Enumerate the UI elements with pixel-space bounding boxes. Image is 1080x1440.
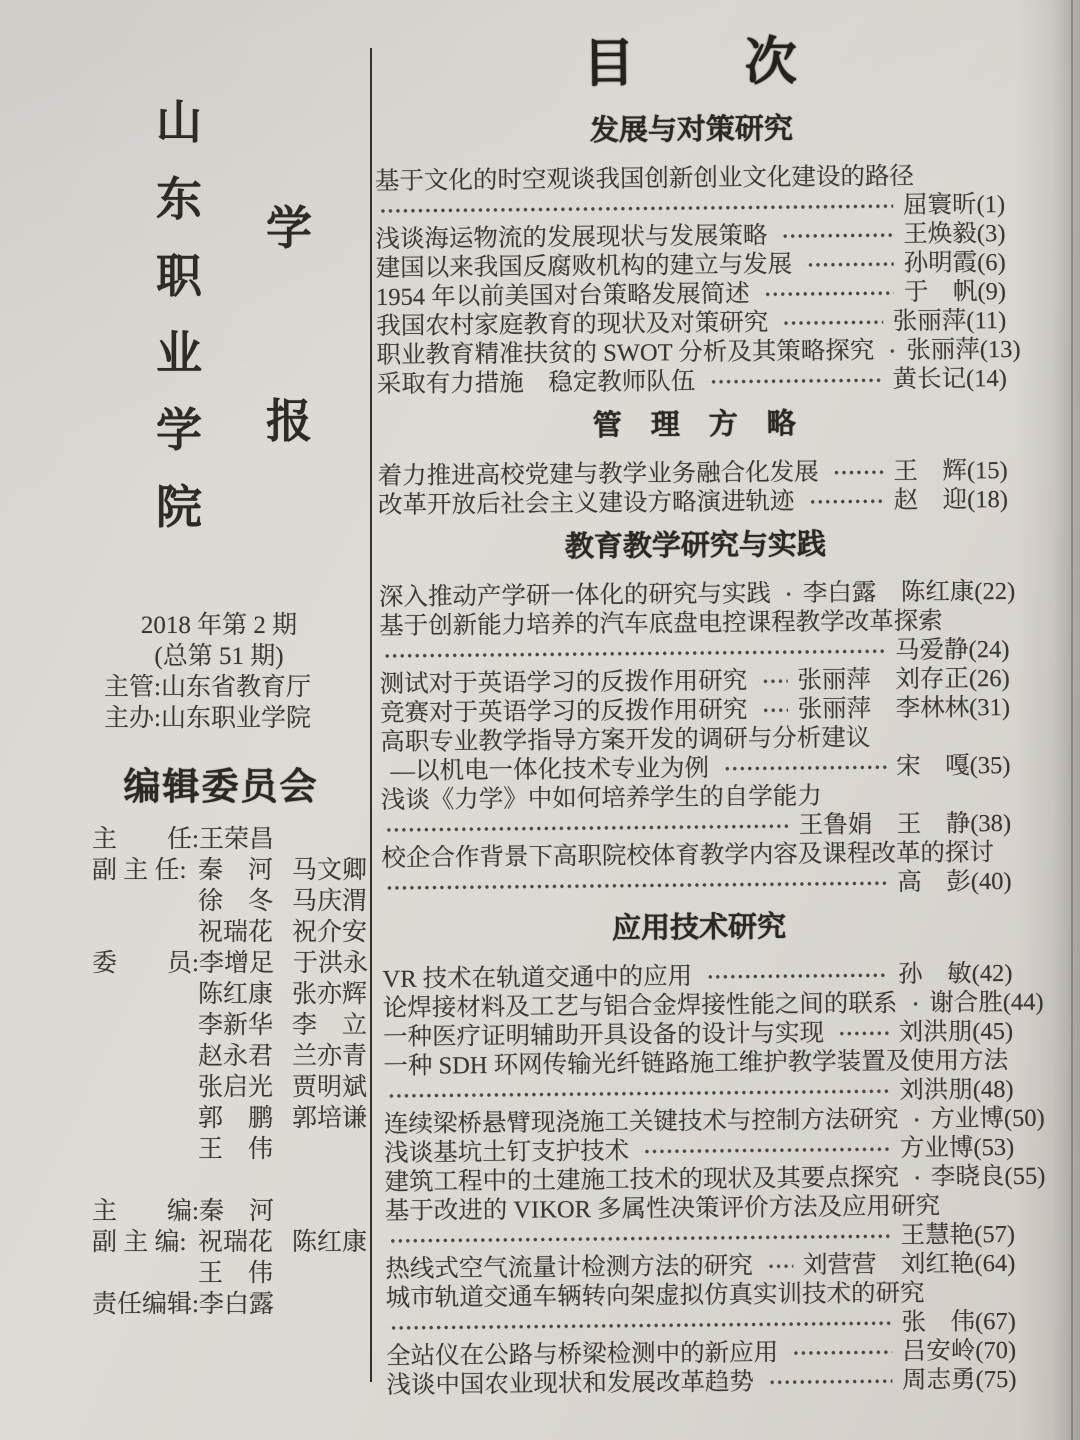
person-name: 王 伟: [198, 1258, 278, 1289]
board-row: 赵永君兰亦青: [92, 1041, 376, 1072]
journal-title-char: 东: [152, 177, 206, 223]
board-role-label: 责任编辑:: [92, 1289, 199, 1320]
journal-title-char: 报: [262, 399, 316, 445]
toc-section-heading: 教育教学研究与实践: [378, 525, 1012, 567]
issue-number: 2018 年第 2 期: [86, 610, 352, 641]
board-row: 张启光贾明斌: [92, 1072, 376, 1103]
toc-entry: 采取有力措施 稳定教师队伍黄长记(14): [377, 362, 1011, 397]
toc-dots-leader: [790, 1335, 892, 1365]
editorial-board-rows: 主 任:王荣昌副 主 任:秦 河马文卿徐 冬马庆渭祝瑞花祝介安委 员:李增足于洪…: [92, 824, 376, 1165]
toc-dots-leader: [707, 363, 882, 394]
toc-dots-leader: [384, 866, 888, 900]
person-name: 张启光: [198, 1072, 278, 1103]
toc-section-heading: 发展与对策研究: [374, 109, 1008, 151]
person-name: 李白露: [199, 1289, 279, 1320]
toc-entry-author: 赵 迎(18): [893, 480, 1008, 516]
person-name: 马文卿: [292, 855, 372, 886]
person-name: 郭 鹏: [198, 1103, 278, 1134]
editorial-board-heading: 编辑委员会: [86, 756, 356, 810]
person-name: 于洪永: [293, 948, 373, 979]
person-name: 兰亦青: [292, 1041, 372, 1072]
journal-title-char: 职: [152, 254, 206, 300]
person-name: 贾明斌: [292, 1072, 372, 1103]
editor-rows: 主 编:秦 河副 主 编:祝瑞花陈红康王 伟责任编辑:李白露: [92, 1196, 392, 1320]
toc-dots-leader: [761, 276, 894, 306]
toc-dots-leader: [806, 484, 883, 514]
toc-entry-title: 改革开放后社会主义建设方略演进轨迹: [378, 482, 795, 521]
toc-entry-author: 宋 嘎(35): [896, 746, 1011, 782]
toc-dots-leader: [886, 334, 896, 363]
toc-dots-leader: [779, 218, 893, 248]
person-name: 郭培谦: [292, 1103, 372, 1134]
toc-dots-leader: [765, 1249, 793, 1278]
person-name: 陈红康: [198, 979, 278, 1010]
toc-section: 发展与对策研究基于文化的时空观谈我国创新创业文化建设的路径屈寰昕(1)浅谈海运物…: [374, 109, 1011, 397]
toc-entry-author: 高 彭(40): [897, 862, 1012, 898]
board-role-label: 主 任:: [92, 824, 199, 855]
board-role-label: 委 员:: [92, 948, 199, 979]
board-row: 副 主 编:祝瑞花陈红康: [92, 1227, 392, 1258]
person-name: 秦 河: [198, 855, 278, 886]
issue-block: 2018 年第 2 期 (总第 51 期) 主管:山东省教育厅 主办:山东职业学…: [86, 610, 352, 734]
journal-title-char: 院: [152, 485, 206, 531]
journal-title-main: 山东职业学院: [152, 100, 206, 531]
toc-entry-continuation: 高 彭(40): [382, 865, 1016, 900]
paper-edge-fold: [1071, 0, 1073, 1440]
person-name: 马庆渭: [292, 886, 372, 917]
board-row: 李新华李 立: [92, 1010, 376, 1041]
toc-entry-title: 采取有力措施 稳定教师队伍: [377, 362, 696, 400]
toc-section: 应用技术研究VR 技术在轨道交通中的应用孙 敏(42)论焊接材料及工艺与铝合金焊…: [382, 907, 1021, 1398]
person-name: 徐 冬: [198, 886, 278, 917]
person-name: 秦 河: [199, 1196, 279, 1227]
journal-title-char: 业: [152, 331, 206, 377]
toc-dots-leader: [911, 1161, 921, 1190]
person-name: 陈红康: [292, 1227, 372, 1258]
person-name: 祝瑞花: [198, 1227, 278, 1258]
toc-dots-leader: [783, 577, 793, 606]
person-name: 李增足: [199, 948, 279, 979]
toc-entry-author: 李晓良(55): [931, 1157, 1046, 1193]
person-name: 李 立: [292, 1010, 372, 1041]
toc-section: 管 理 方 略着力推进高校党建与教学业务融合化发展王 辉(15)改革开放后社会主…: [377, 404, 1012, 518]
board-row: 郭 鹏郭培谦: [92, 1103, 376, 1134]
column-divider-rule: [370, 48, 372, 1382]
board-row: 主 任:王荣昌: [92, 824, 376, 855]
board-row: 陈红康张亦辉: [92, 979, 376, 1010]
toc-section-heading: 管 理 方 略: [377, 404, 1011, 446]
journal-title-char: 学: [152, 408, 206, 454]
journal-title-char: 学: [262, 206, 316, 252]
board-row: 王 伟: [92, 1258, 392, 1289]
toc-sections: 发展与对策研究基于文化的时空观谈我国创新创业文化建设的路径屈寰昕(1)浅谈海运物…: [374, 109, 1020, 1398]
toc-section: 教育教学研究与实践深入推动产学研一体化的研究与实践李白露 陈红康(22)基于创新…: [378, 525, 1016, 900]
toc-column: 目 次 发展与对策研究基于文化的时空观谈我国创新创业文化建设的路径屈寰昕(1)浅…: [373, 25, 1020, 1398]
board-row: 委 员:李增足于洪永: [92, 948, 376, 979]
board-role-label: 副 主 编:: [92, 1227, 198, 1258]
board-row: 副 主 任:秦 河马文卿: [92, 855, 376, 886]
toc-entry: 改革开放后社会主义建设方略演进轨迹赵 迎(18): [378, 483, 1012, 518]
organizer-line: 主办:山东职业学院: [86, 703, 352, 734]
toc-dots-leader: [759, 664, 787, 693]
person-name: 张亦辉: [292, 979, 372, 1010]
person-name: 王荣昌: [199, 824, 279, 855]
person-name: 祝瑞花: [198, 917, 278, 948]
person-name: 赵永君: [198, 1041, 278, 1072]
person-name: 李新华: [198, 1010, 278, 1041]
board-row: 徐 冬马庆渭: [92, 886, 376, 917]
toc-section-heading: 应用技术研究: [382, 907, 1016, 949]
toc-dots-leader: [831, 455, 884, 485]
supervisor-line: 主管:山东省教育厅: [86, 672, 352, 703]
board-row: 主 编:秦 河: [92, 1196, 392, 1227]
journal-title-sub: 学报: [262, 206, 316, 445]
person-name: 祝介安: [292, 917, 372, 948]
issue-total: (总第 51 期): [86, 641, 352, 672]
toc-dots-leader: [759, 693, 787, 722]
toc-dots-leader: [804, 247, 894, 277]
board-row: 王 伟: [92, 1134, 376, 1165]
board-role-label: 主 编:: [92, 1196, 199, 1227]
board-row: 责任编辑:李白露: [92, 1289, 392, 1320]
board-row: 祝瑞花祝介安: [92, 917, 376, 948]
toc-dots-leader: [766, 1364, 892, 1394]
board-role-label: 副 主 任:: [92, 855, 198, 886]
toc-dots-leader: [910, 1103, 920, 1132]
toc-entry-author: 黄长记(14): [892, 359, 1007, 395]
journal-toc-page: 山东职业学院 学报 2018 年第 2 期 (总第 51 期) 主管:山东省教育…: [0, 0, 1080, 1440]
toc-title: 目 次: [374, 31, 1009, 97]
toc-entry-author: 周志勇(75): [902, 1360, 1017, 1396]
person-name: 王 伟: [198, 1134, 278, 1165]
toc-entry: 浅谈中国农业现状和发展改革趋势周志勇(75): [386, 1363, 1020, 1398]
toc-entry-title: 浅谈中国农业现状和发展改革趋势: [386, 1362, 754, 1401]
toc-dots-leader: [909, 987, 919, 1016]
journal-title-char: 山: [152, 100, 206, 146]
